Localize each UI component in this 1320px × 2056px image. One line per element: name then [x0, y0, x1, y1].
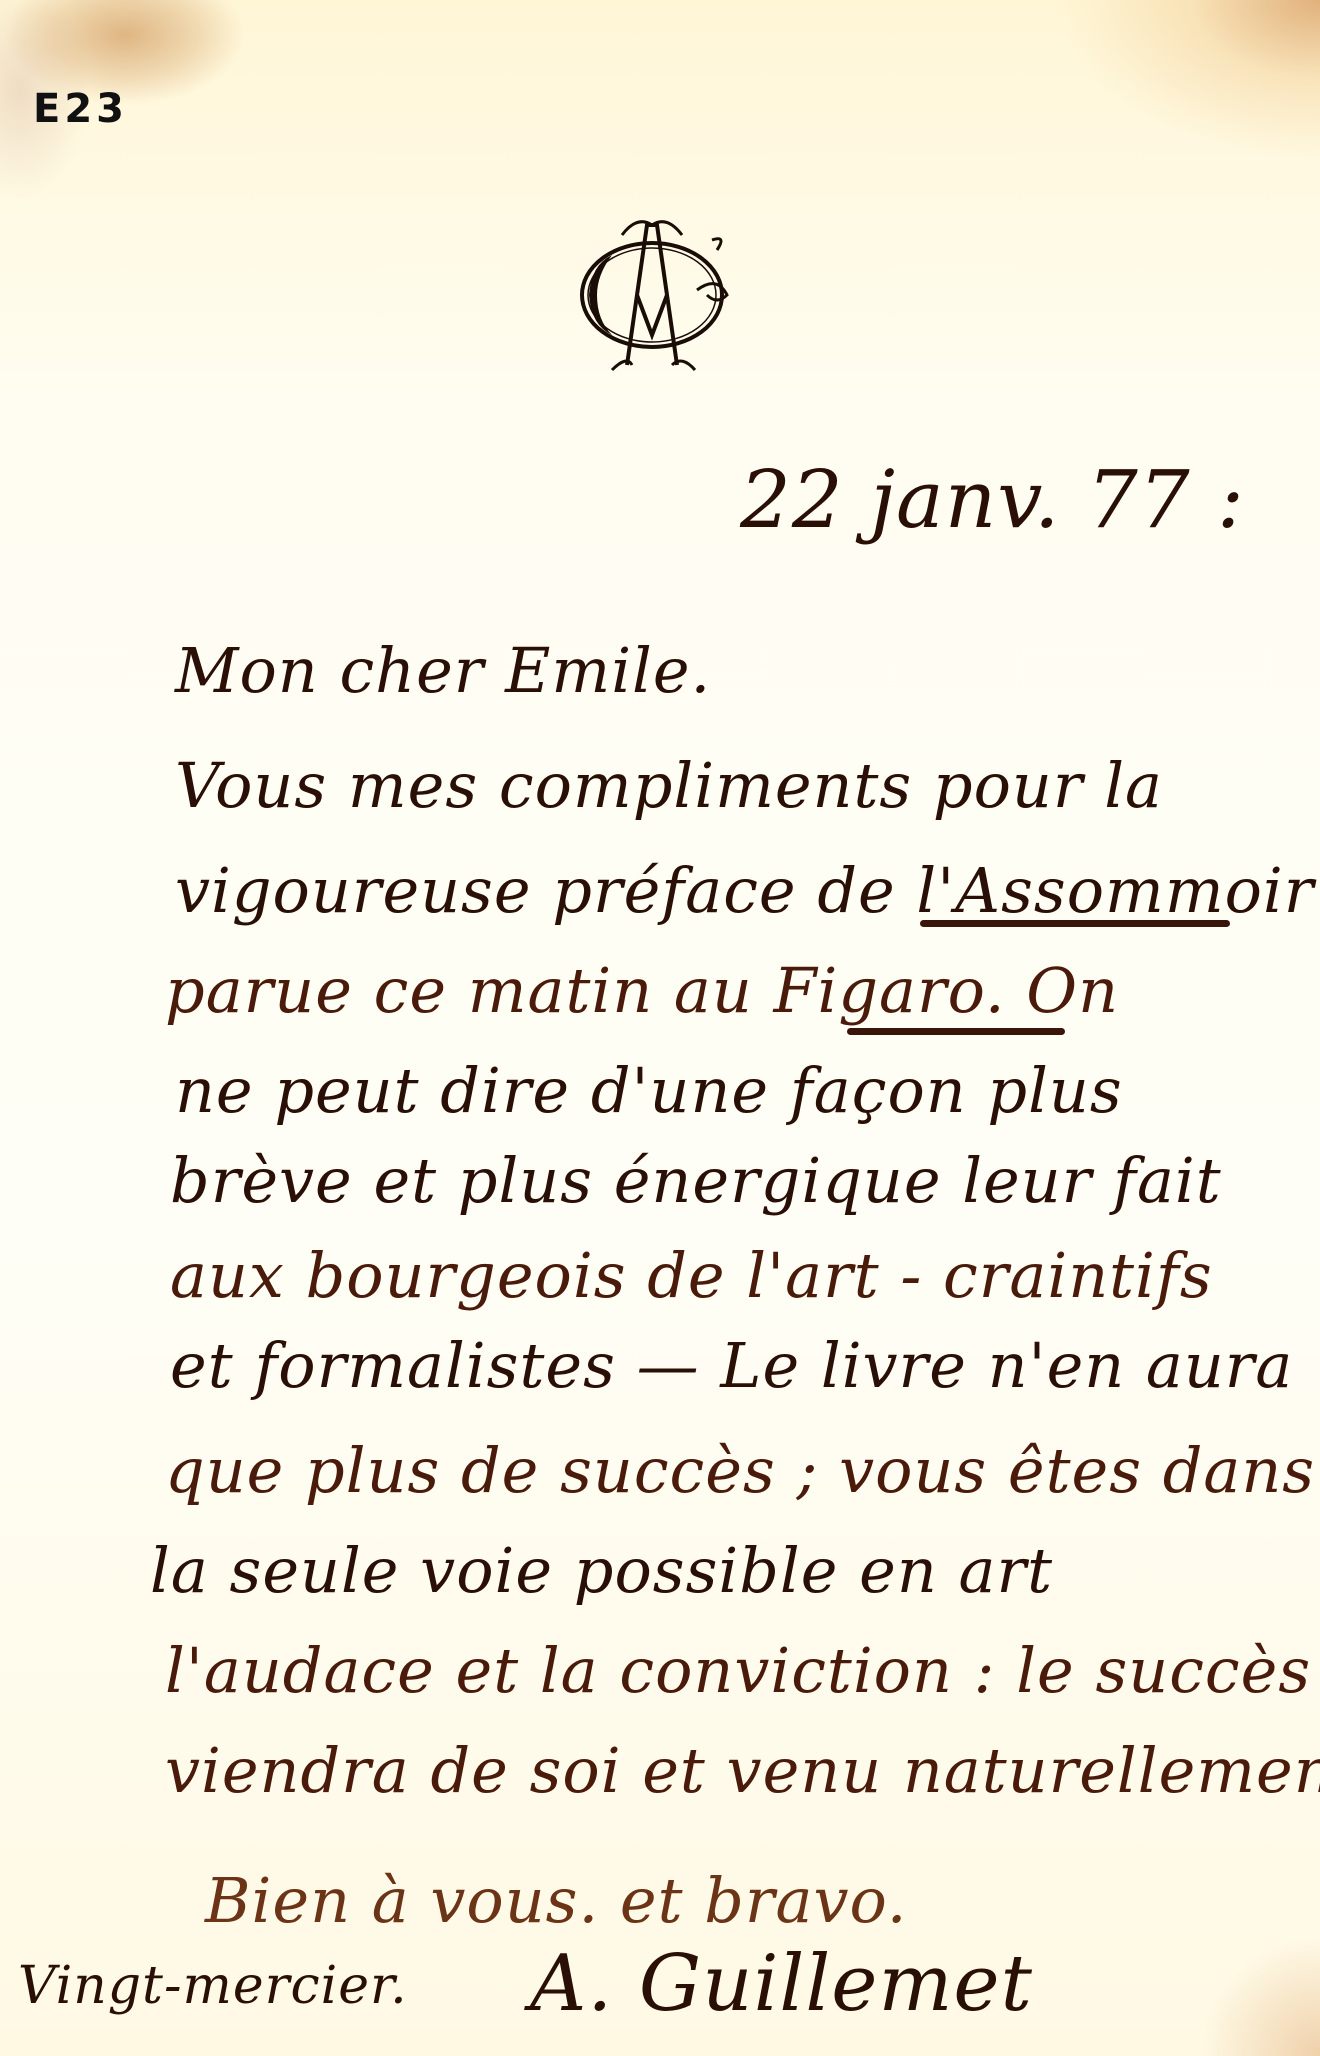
body-line-9: la seule voie possible en art: [150, 1540, 1053, 1602]
body-line-7: et formalistes — Le livre n'en aura: [170, 1335, 1293, 1397]
body-line-3: parue ce matin au Figaro. On: [165, 960, 1119, 1022]
letter-salutation: Mon cher Emile.: [175, 640, 711, 702]
archive-id-label: E23: [33, 86, 128, 132]
letterhead-monogram-icon: [567, 195, 737, 385]
body-line-5: brève et plus énergique leur fait: [170, 1150, 1222, 1212]
body-line-4: ne peut dire d'une façon plus: [175, 1060, 1123, 1122]
body-line-8: que plus de succès ; vous êtes dans: [165, 1440, 1315, 1502]
body-line-10: l'audace et la conviction : le succès: [165, 1640, 1311, 1702]
letter-date: 22 janv. 77 :: [740, 460, 1245, 540]
body-line-11: viendra de soi et venu naturellement: [165, 1740, 1320, 1802]
body-line-1: Vous mes compliments pour la: [175, 755, 1163, 817]
body-line-2: vigoureuse préface de l'Assommoir: [175, 860, 1314, 922]
underline-figaro: [847, 1028, 1065, 1035]
body-line-6: aux bourgeois de l'art - craintifs: [170, 1245, 1213, 1307]
letter-closing: Bien à vous. et bravo.: [205, 1870, 908, 1932]
letter-signature: A. Guillemet: [530, 1945, 1033, 2023]
letter-postscript: Vingt-mercier.: [18, 1960, 408, 2012]
underline-assommoir: [920, 920, 1230, 927]
